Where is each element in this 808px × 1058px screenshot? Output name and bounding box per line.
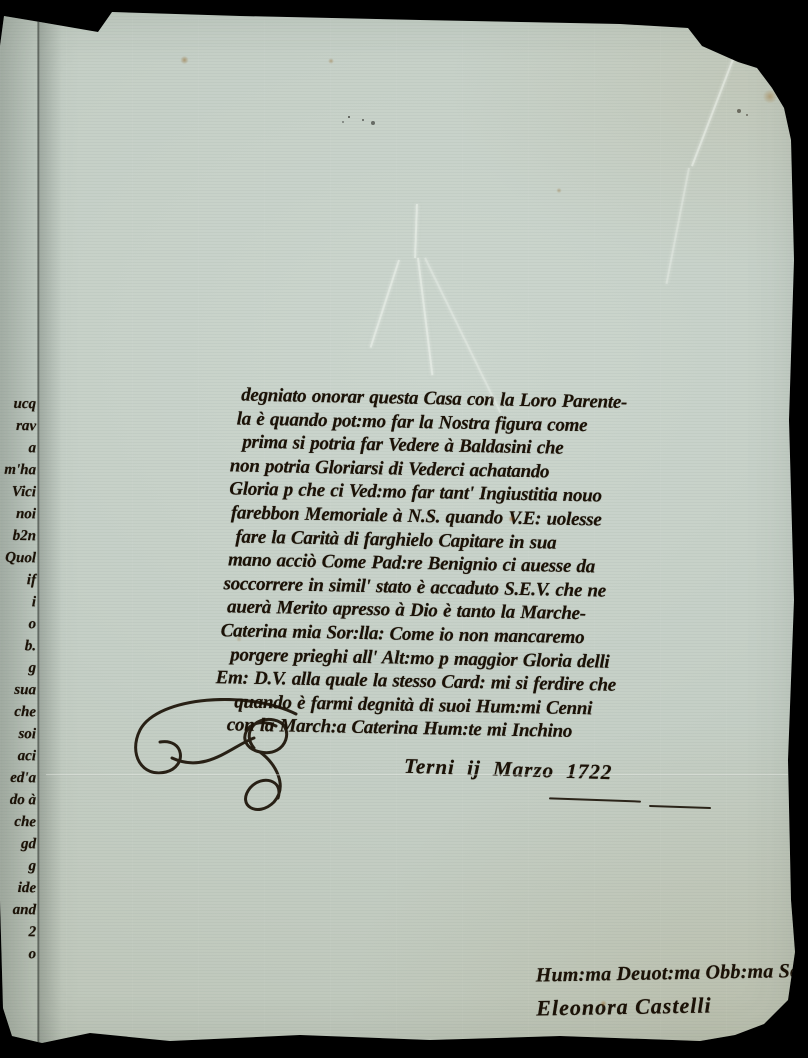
margin-text-fragment: i (0, 594, 37, 617)
dateline: Terni ij Marzo 1722 (404, 754, 613, 786)
signature-closing: Hum:ma Deuot:ma Obb:ma Serua (536, 959, 808, 987)
margin-text-fragment: aci (0, 748, 37, 771)
margin-text-fragment: g (0, 660, 37, 683)
paper-crease (417, 258, 433, 375)
dateline-underline (649, 805, 711, 809)
paper-stain (180, 56, 189, 64)
letter-text-block: degniato onorar questa Casa con la Loro … (225, 383, 718, 746)
paper-crease (666, 168, 690, 284)
paper-page: ucq rav a m'ha Vici noi b2n Quol if i o … (0, 0, 808, 1058)
margin-text-fragment: if (0, 572, 37, 595)
paper-stain (556, 188, 562, 193)
margin-text-fragment: rav (0, 418, 37, 441)
paper-stain (328, 58, 334, 64)
paper-stain (508, 516, 515, 522)
margin-text-fragment: noi (0, 506, 37, 529)
paper-crease (370, 260, 400, 348)
margin-text-fragment: ide (0, 880, 37, 903)
margin-text-fragment: che (0, 704, 37, 727)
margin-text-fragment: soi (0, 726, 37, 749)
previous-page-edge: ucq rav a m'ha Vici noi b2n Quol if i o … (0, 396, 37, 968)
margin-text-fragment: do à (0, 792, 37, 815)
paper-crease (691, 28, 746, 167)
margin-text-fragment: Vici (0, 484, 37, 507)
margin-text-fragment: sua (0, 682, 37, 705)
margin-text-fragment: m'ha (0, 462, 37, 485)
manuscript-scan: ucq rav a m'ha Vici noi b2n Quol if i o … (0, 0, 808, 1058)
ink-specks (348, 116, 350, 118)
margin-text-fragment: che (0, 814, 37, 837)
margin-text-fragment: gd (0, 836, 37, 859)
margin-text-fragment: Quol (0, 550, 37, 573)
margin-text-fragment: ucq (0, 396, 37, 419)
paper-stain (600, 1000, 607, 1007)
paper-stain (236, 636, 242, 642)
margin-text-fragment: o (0, 946, 37, 969)
margin-text-fragment: o (0, 616, 37, 639)
margin-text-fragment: ed'a (0, 770, 37, 793)
dateline-underline (549, 797, 641, 802)
margin-text-fragment: g (0, 858, 37, 881)
margin-text-fragment: b2n (0, 528, 37, 551)
ink-flourish (128, 698, 308, 823)
margin-text-fragment: 2 (0, 924, 37, 947)
signature-name: Eleonora Castelli (536, 990, 808, 1021)
margin-text-fragment: and (0, 902, 37, 925)
paper-stain (762, 90, 778, 103)
fold-line (46, 774, 788, 776)
margin-text-fragment: b. (0, 638, 37, 661)
margin-text-fragment: a (0, 440, 37, 463)
gutter-shadow (40, 0, 62, 1058)
signature-block: Hum:ma Deuot:ma Obb:ma Serua Eleonora Ca… (536, 959, 808, 1021)
paper-crease (414, 204, 418, 258)
